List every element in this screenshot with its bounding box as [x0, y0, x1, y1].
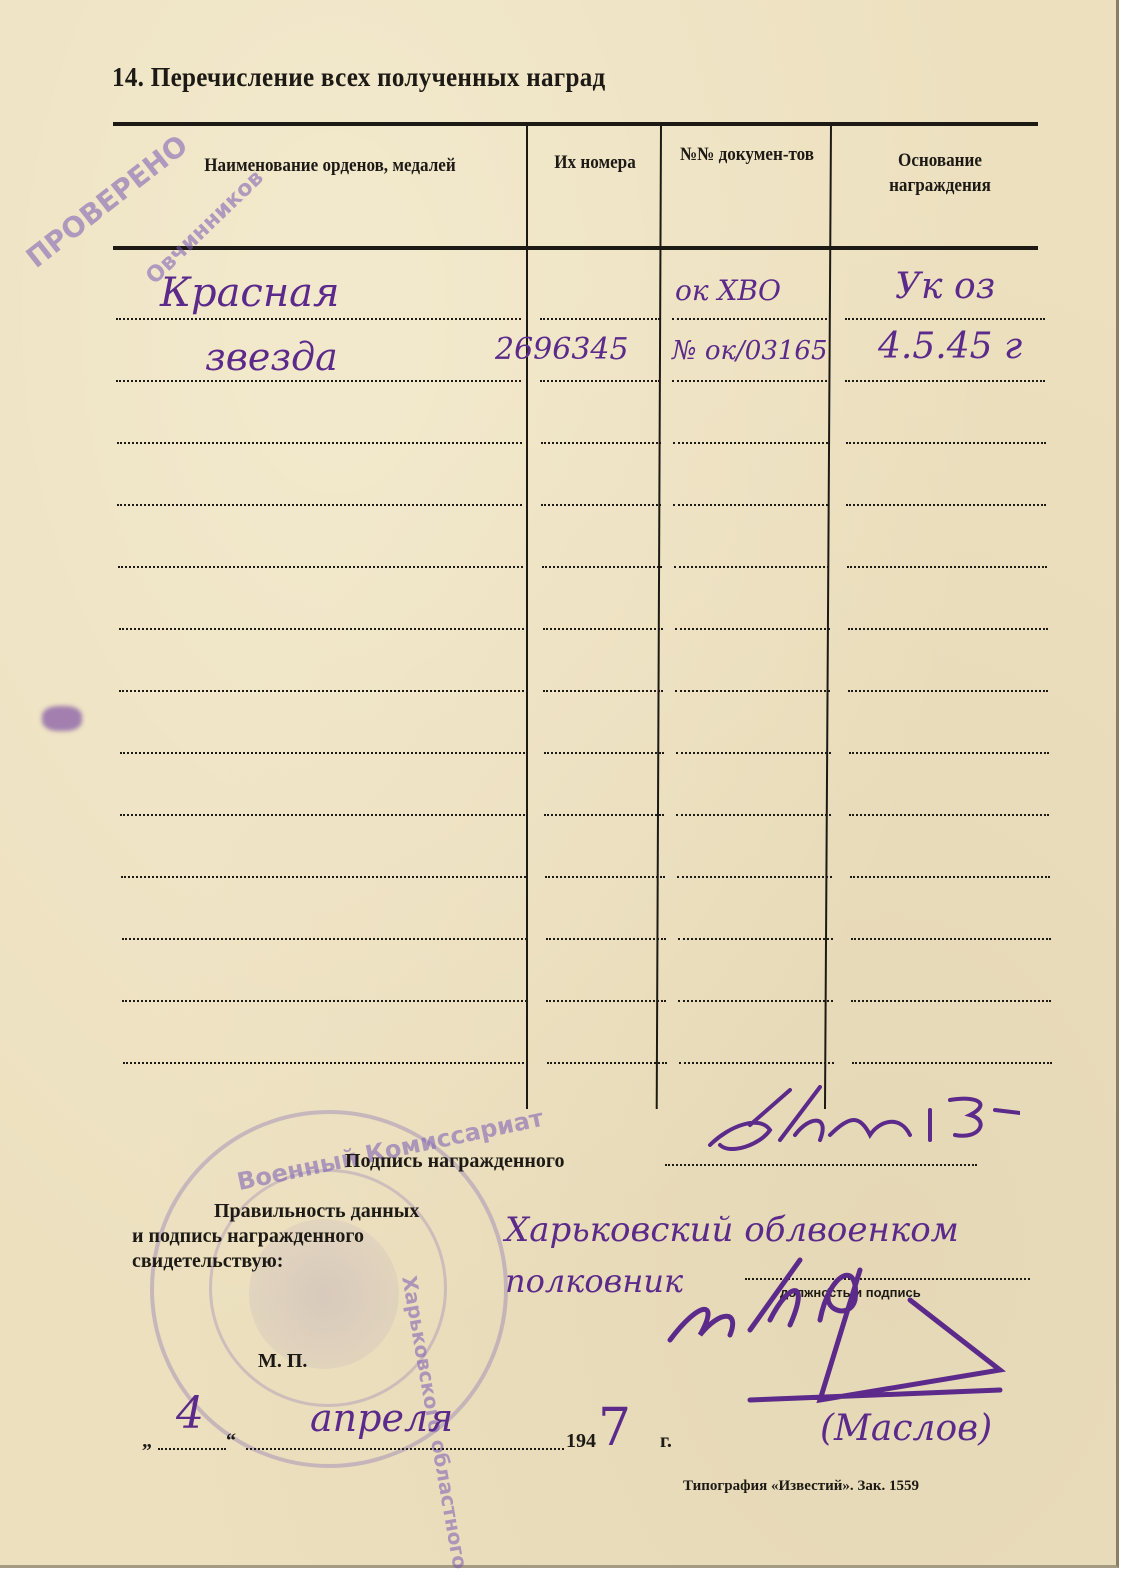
- row2-award-number: 2696345: [495, 332, 629, 367]
- date-close-quote: “: [226, 1430, 236, 1453]
- row2-award-basis: 4.5.45 г: [878, 326, 1022, 367]
- header-award-name: Наименование орденов, медалей: [159, 153, 501, 178]
- table-row-line: [673, 442, 828, 444]
- certify-label-line1: Правильность данных: [214, 1200, 419, 1223]
- table-row-line: [122, 1000, 527, 1002]
- printer-note: Типография «Известий». Зак. 1559: [683, 1478, 919, 1495]
- table-row-line: [546, 1000, 666, 1002]
- table-row-line: [850, 876, 1050, 878]
- table-row-line: [544, 814, 664, 816]
- table-row-line: [544, 752, 664, 754]
- section-title: 14. Перечисление всех полученных наград: [112, 62, 606, 93]
- table-row-line: [542, 566, 662, 568]
- certify-label-line3: свидетельствую:: [132, 1250, 283, 1273]
- table-row-line: [845, 380, 1045, 382]
- certifier-name: (Маслов): [820, 1408, 992, 1449]
- date-day-line: [158, 1448, 226, 1450]
- date-year-prefix: 194: [566, 1430, 596, 1453]
- table-row-line: [540, 318, 660, 320]
- document-page: 14. Перечисление всех полученных наград …: [0, 0, 1119, 1568]
- table-row-line: [675, 628, 830, 630]
- table-top-rule: [113, 122, 1038, 126]
- table-row-line: [672, 318, 827, 320]
- header-numbers: Их номера: [537, 150, 654, 175]
- table-row-line: [119, 628, 524, 630]
- header-award-basis: Основание награждения: [855, 148, 1026, 198]
- table-row-line: [673, 504, 828, 506]
- table-row-line: [117, 504, 522, 506]
- table-row-line: [120, 814, 525, 816]
- header-doc-numbers: №№ докумен-тов: [680, 142, 815, 167]
- certify-label-line2: и подпись награжденного: [132, 1225, 364, 1248]
- table-row-line: [851, 938, 1051, 940]
- table-row-line: [677, 876, 832, 878]
- table-row-line: [847, 566, 1047, 568]
- date-year-suffix: 7: [598, 1398, 631, 1458]
- awardee-signature-label: Подпись награжденного: [345, 1150, 564, 1173]
- column-divider-2: [656, 124, 662, 1109]
- date-open-quote: „: [142, 1430, 152, 1453]
- table-row-line: [116, 380, 521, 382]
- table-row-line: [679, 1062, 834, 1064]
- date-day: 4: [176, 1388, 204, 1439]
- table-row-line: [672, 380, 827, 382]
- table-row-line: [846, 442, 1046, 444]
- seal-place-label: М. П.: [258, 1350, 307, 1373]
- table-row-line: [541, 442, 661, 444]
- table-row-line: [678, 938, 833, 940]
- table-row-line: [849, 814, 1049, 816]
- certifier-signature: [660, 1240, 1020, 1424]
- table-row-line: [848, 690, 1048, 692]
- table-row-line: [543, 628, 663, 630]
- table-row-line: [676, 814, 831, 816]
- header-bottom-rule: [113, 246, 1038, 250]
- table-row-line: [117, 442, 522, 444]
- table-row-line: [123, 1062, 528, 1064]
- signature-scribble-icon: [700, 1085, 1020, 1165]
- table-row-line: [122, 938, 527, 940]
- table-row-line: [676, 752, 831, 754]
- table-row-line: [848, 628, 1048, 630]
- column-divider-3: [824, 124, 832, 1109]
- table-row-line: [852, 1062, 1052, 1064]
- date-month-line: [246, 1448, 564, 1450]
- date-month: апреля: [310, 1396, 453, 1440]
- row2-award-name: звезда: [205, 335, 338, 379]
- awardee-signature: [700, 1085, 1020, 1178]
- table-row-line: [851, 1000, 1051, 1002]
- table-row-line: [675, 690, 830, 692]
- table-row-line: [543, 690, 663, 692]
- row1-award-basis: Ук оз: [895, 266, 995, 307]
- column-divider-1: [526, 124, 528, 1109]
- row2-doc-number: № ок/03165: [672, 336, 828, 366]
- table-row-line: [121, 876, 526, 878]
- table-row-line: [119, 690, 524, 692]
- table-row-line: [674, 566, 829, 568]
- signature-scribble-icon: [660, 1240, 1020, 1420]
- header-award-name-text: Наименование орденов, медалей: [159, 153, 501, 178]
- table-row-line: [849, 752, 1049, 754]
- row1-doc-number: ок ХВО: [675, 274, 781, 307]
- table-row-line: [846, 504, 1046, 506]
- date-year-unit: г.: [660, 1430, 672, 1453]
- table-row-line: [845, 318, 1045, 320]
- table-row-line: [545, 876, 665, 878]
- ink-blot: [42, 706, 82, 731]
- table-row-line: [118, 566, 523, 568]
- table-row-line: [546, 938, 666, 940]
- table-row-line: [547, 1062, 667, 1064]
- table-row-line: [540, 380, 660, 382]
- table-row-line: [678, 1000, 833, 1002]
- table-row-line: [120, 752, 525, 754]
- table-row-line: [541, 504, 661, 506]
- table-row-line: [116, 318, 521, 320]
- certifier-position-line2: полковник: [505, 1262, 683, 1300]
- row1-award-name: Красная: [160, 270, 340, 316]
